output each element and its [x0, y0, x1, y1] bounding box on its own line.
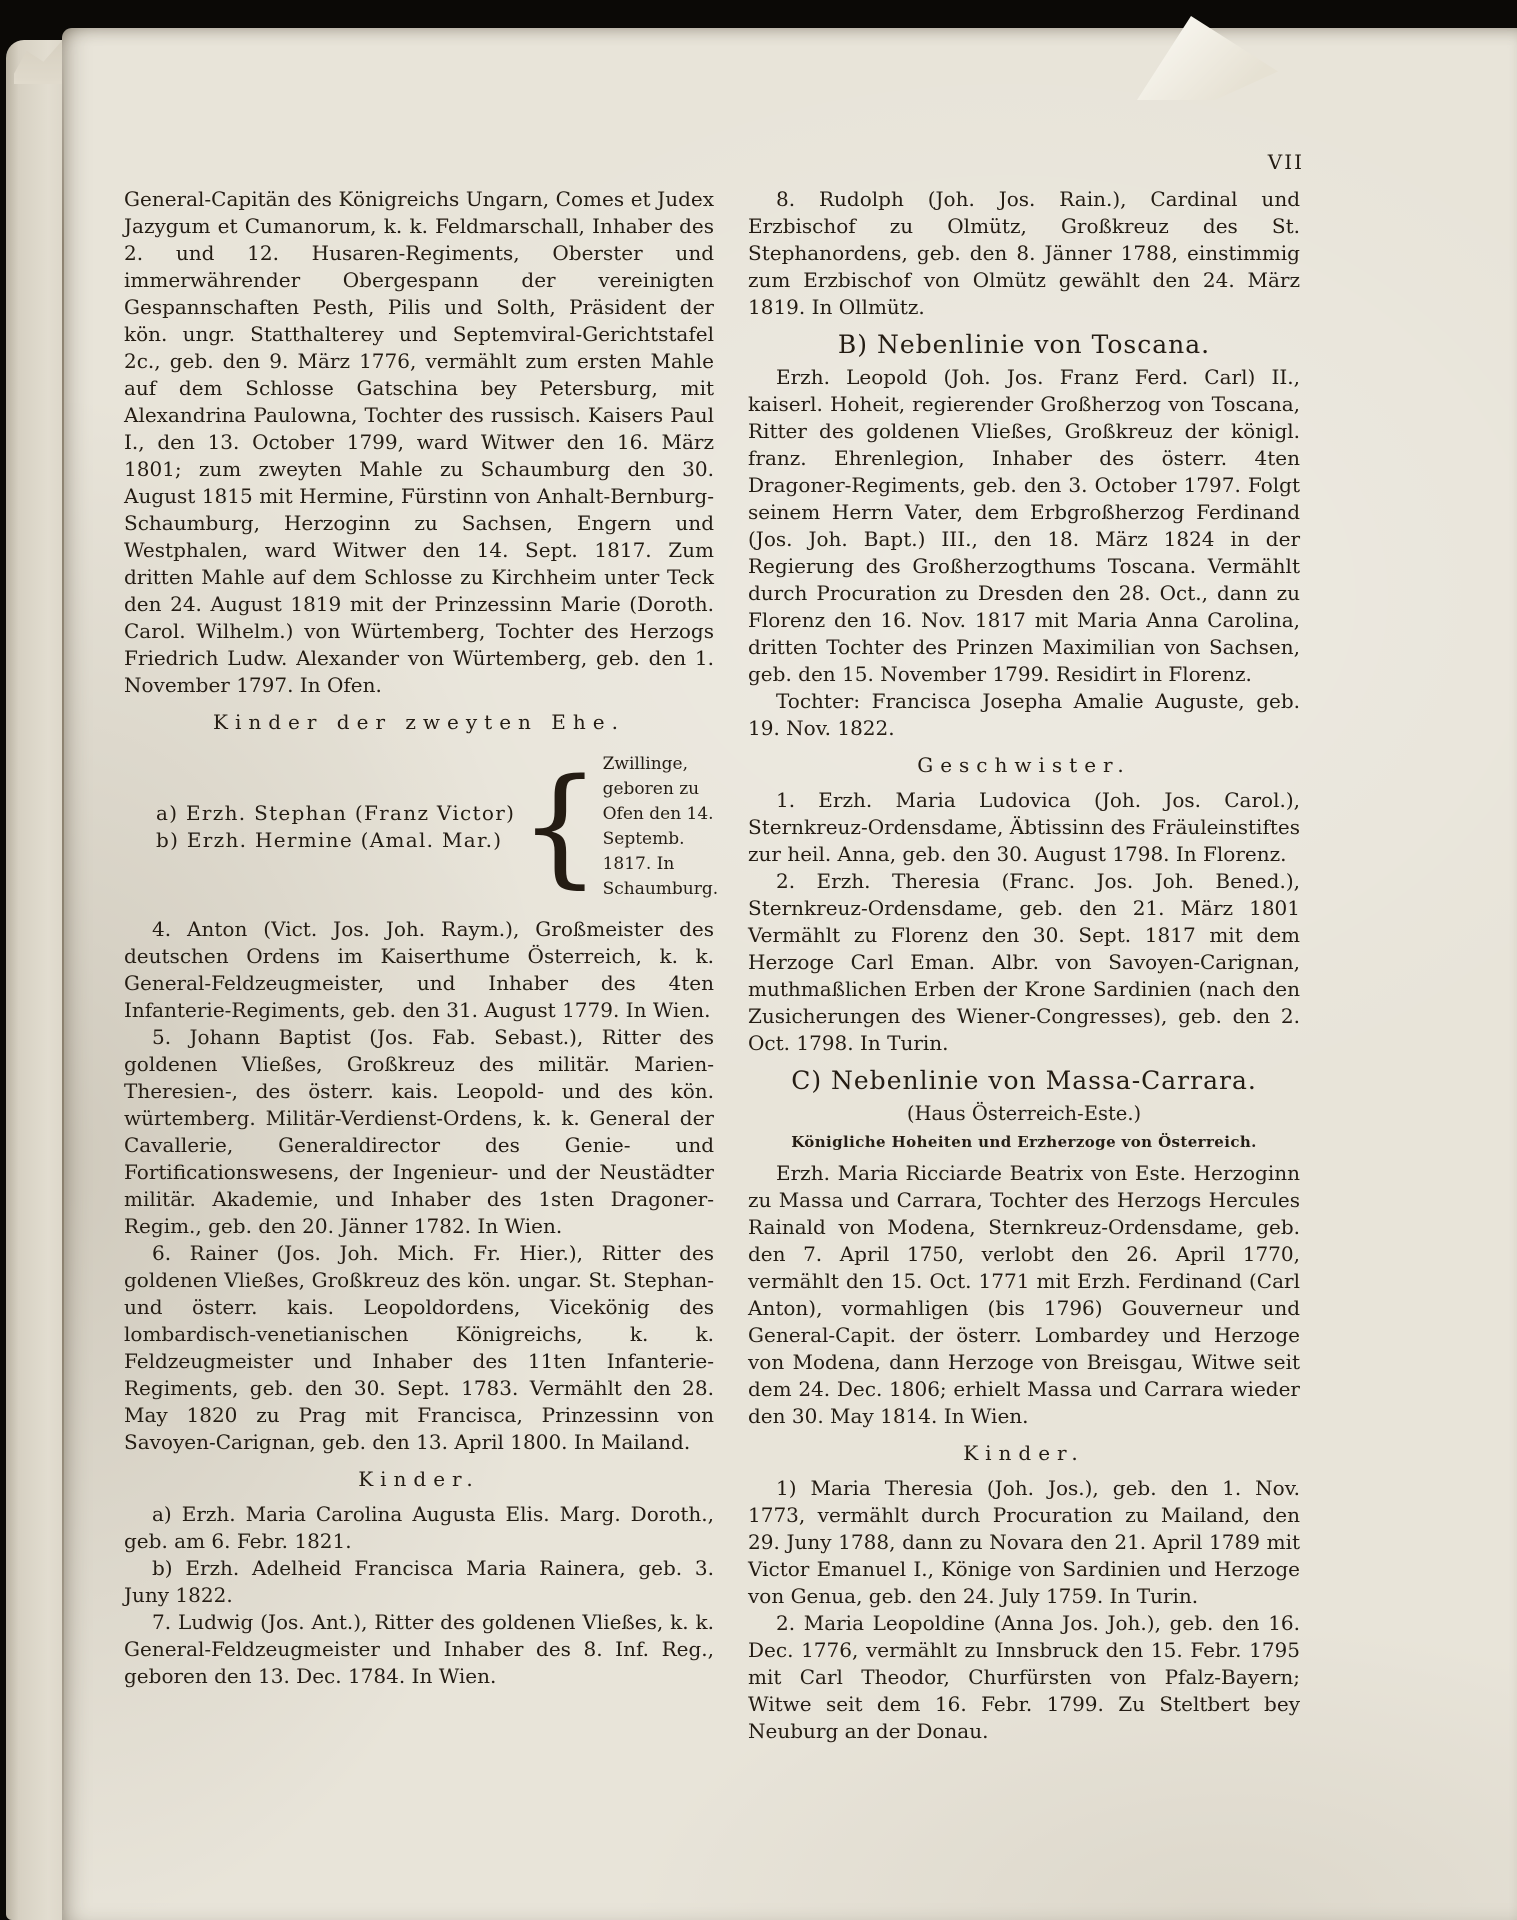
- heading-nebenlinie-massa-carrara: C) Nebenlinie von Massa-Carrara.: [748, 1067, 1300, 1094]
- book-photo: VII General-Capitän des Königreichs Unga…: [0, 0, 1517, 1920]
- page-fold-line: [62, 60, 64, 1910]
- paragraph-geschwister-1-maria-ludovica: 1. Erzh. Maria Ludovica (Joh. Jos. Carol…: [748, 787, 1300, 868]
- paragraph-7-ludwig: 7. Ludwig (Jos. Ant.), Ritter des golden…: [124, 1609, 714, 1690]
- paragraph-4-anton: 4. Anton (Vict. Jos. Joh. Raym.), Großme…: [124, 916, 714, 1024]
- paragraph-8-rudolph: 8. Rudolph (Joh. Jos. Rain.), Cardinal u…: [748, 186, 1300, 321]
- paragraph-kind-b-adelheid: b) Erzh. Adelheid Francisca Maria Rainer…: [124, 1555, 714, 1609]
- right-column: 8. Rudolph (Joh. Jos. Rain.), Cardinal u…: [748, 186, 1300, 1745]
- twins-entry: a) Erzh. Stephan (Franz Victor) b) Erzh.…: [124, 752, 714, 902]
- heading-geschwister: Geschwister.: [748, 752, 1300, 779]
- paragraph-5-johann-baptist: 5. Johann Baptist (Jos. Fab. Sebast.), R…: [124, 1024, 714, 1240]
- twins-note: Zwillinge, geboren zu Ofen den 14. Septe…: [603, 752, 719, 902]
- paragraph-continuation-palatine: General-Capitän des Königreichs Ungarn, …: [124, 186, 714, 699]
- paragraph-kind-2-maria-leopoldine: 2. Maria Leopoldine (Anna Jos. Joh.), ge…: [748, 1610, 1300, 1745]
- paragraph-kind-a-maria-carolina: a) Erzh. Maria Carolina Augusta Elis. Ma…: [124, 1501, 714, 1555]
- heading-kinder-beatrix: Kinder.: [748, 1440, 1300, 1467]
- page-number: VII: [1234, 150, 1304, 174]
- paragraph-maria-ricciarde-beatrix: Erzh. Maria Ricciarde Beatrix von Este. …: [748, 1160, 1300, 1430]
- paragraph-kind-1-maria-theresia: 1) Maria Theresia (Joh. Jos.), geb. den …: [748, 1475, 1300, 1610]
- heading-nebenlinie-toscana: B) Nebenlinie von Toscana.: [748, 331, 1300, 358]
- subheading-koenigliche-hoheiten: Königliche Hoheiten und Erzherzoge von Ö…: [748, 1129, 1300, 1156]
- paragraph-leopold-ii: Erzh. Leopold (Joh. Jos. Franz Ferd. Car…: [748, 364, 1300, 688]
- paragraph-tochter-francisca: Tochter: Francisca Josepha Amalie August…: [748, 688, 1300, 742]
- twin-a-stephan: a) Erzh. Stephan (Franz Victor): [156, 800, 515, 827]
- paragraph-6-rainer: 6. Rainer (Jos. Joh. Mich. Fr. Hier.), R…: [124, 1240, 714, 1456]
- paragraph-geschwister-2-theresia: 2. Erzh. Theresia (Franc. Jos. Joh. Bene…: [748, 868, 1300, 1057]
- heading-kinder-der-zweyten-ehe: Kinder der zweyten Ehe.: [124, 709, 714, 736]
- subheading-haus-oesterreich-este: (Haus Österreich-Este.): [748, 1100, 1300, 1127]
- heading-kinder-rainer: Kinder.: [124, 1466, 714, 1493]
- grouping-brace: {: [519, 762, 600, 892]
- left-column: General-Capitän des Königreichs Ungarn, …: [124, 186, 714, 1690]
- twin-b-hermine: b) Erzh. Hermine (Amal. Mar.): [156, 827, 515, 854]
- twins-names: a) Erzh. Stephan (Franz Victor) b) Erzh.…: [124, 800, 515, 854]
